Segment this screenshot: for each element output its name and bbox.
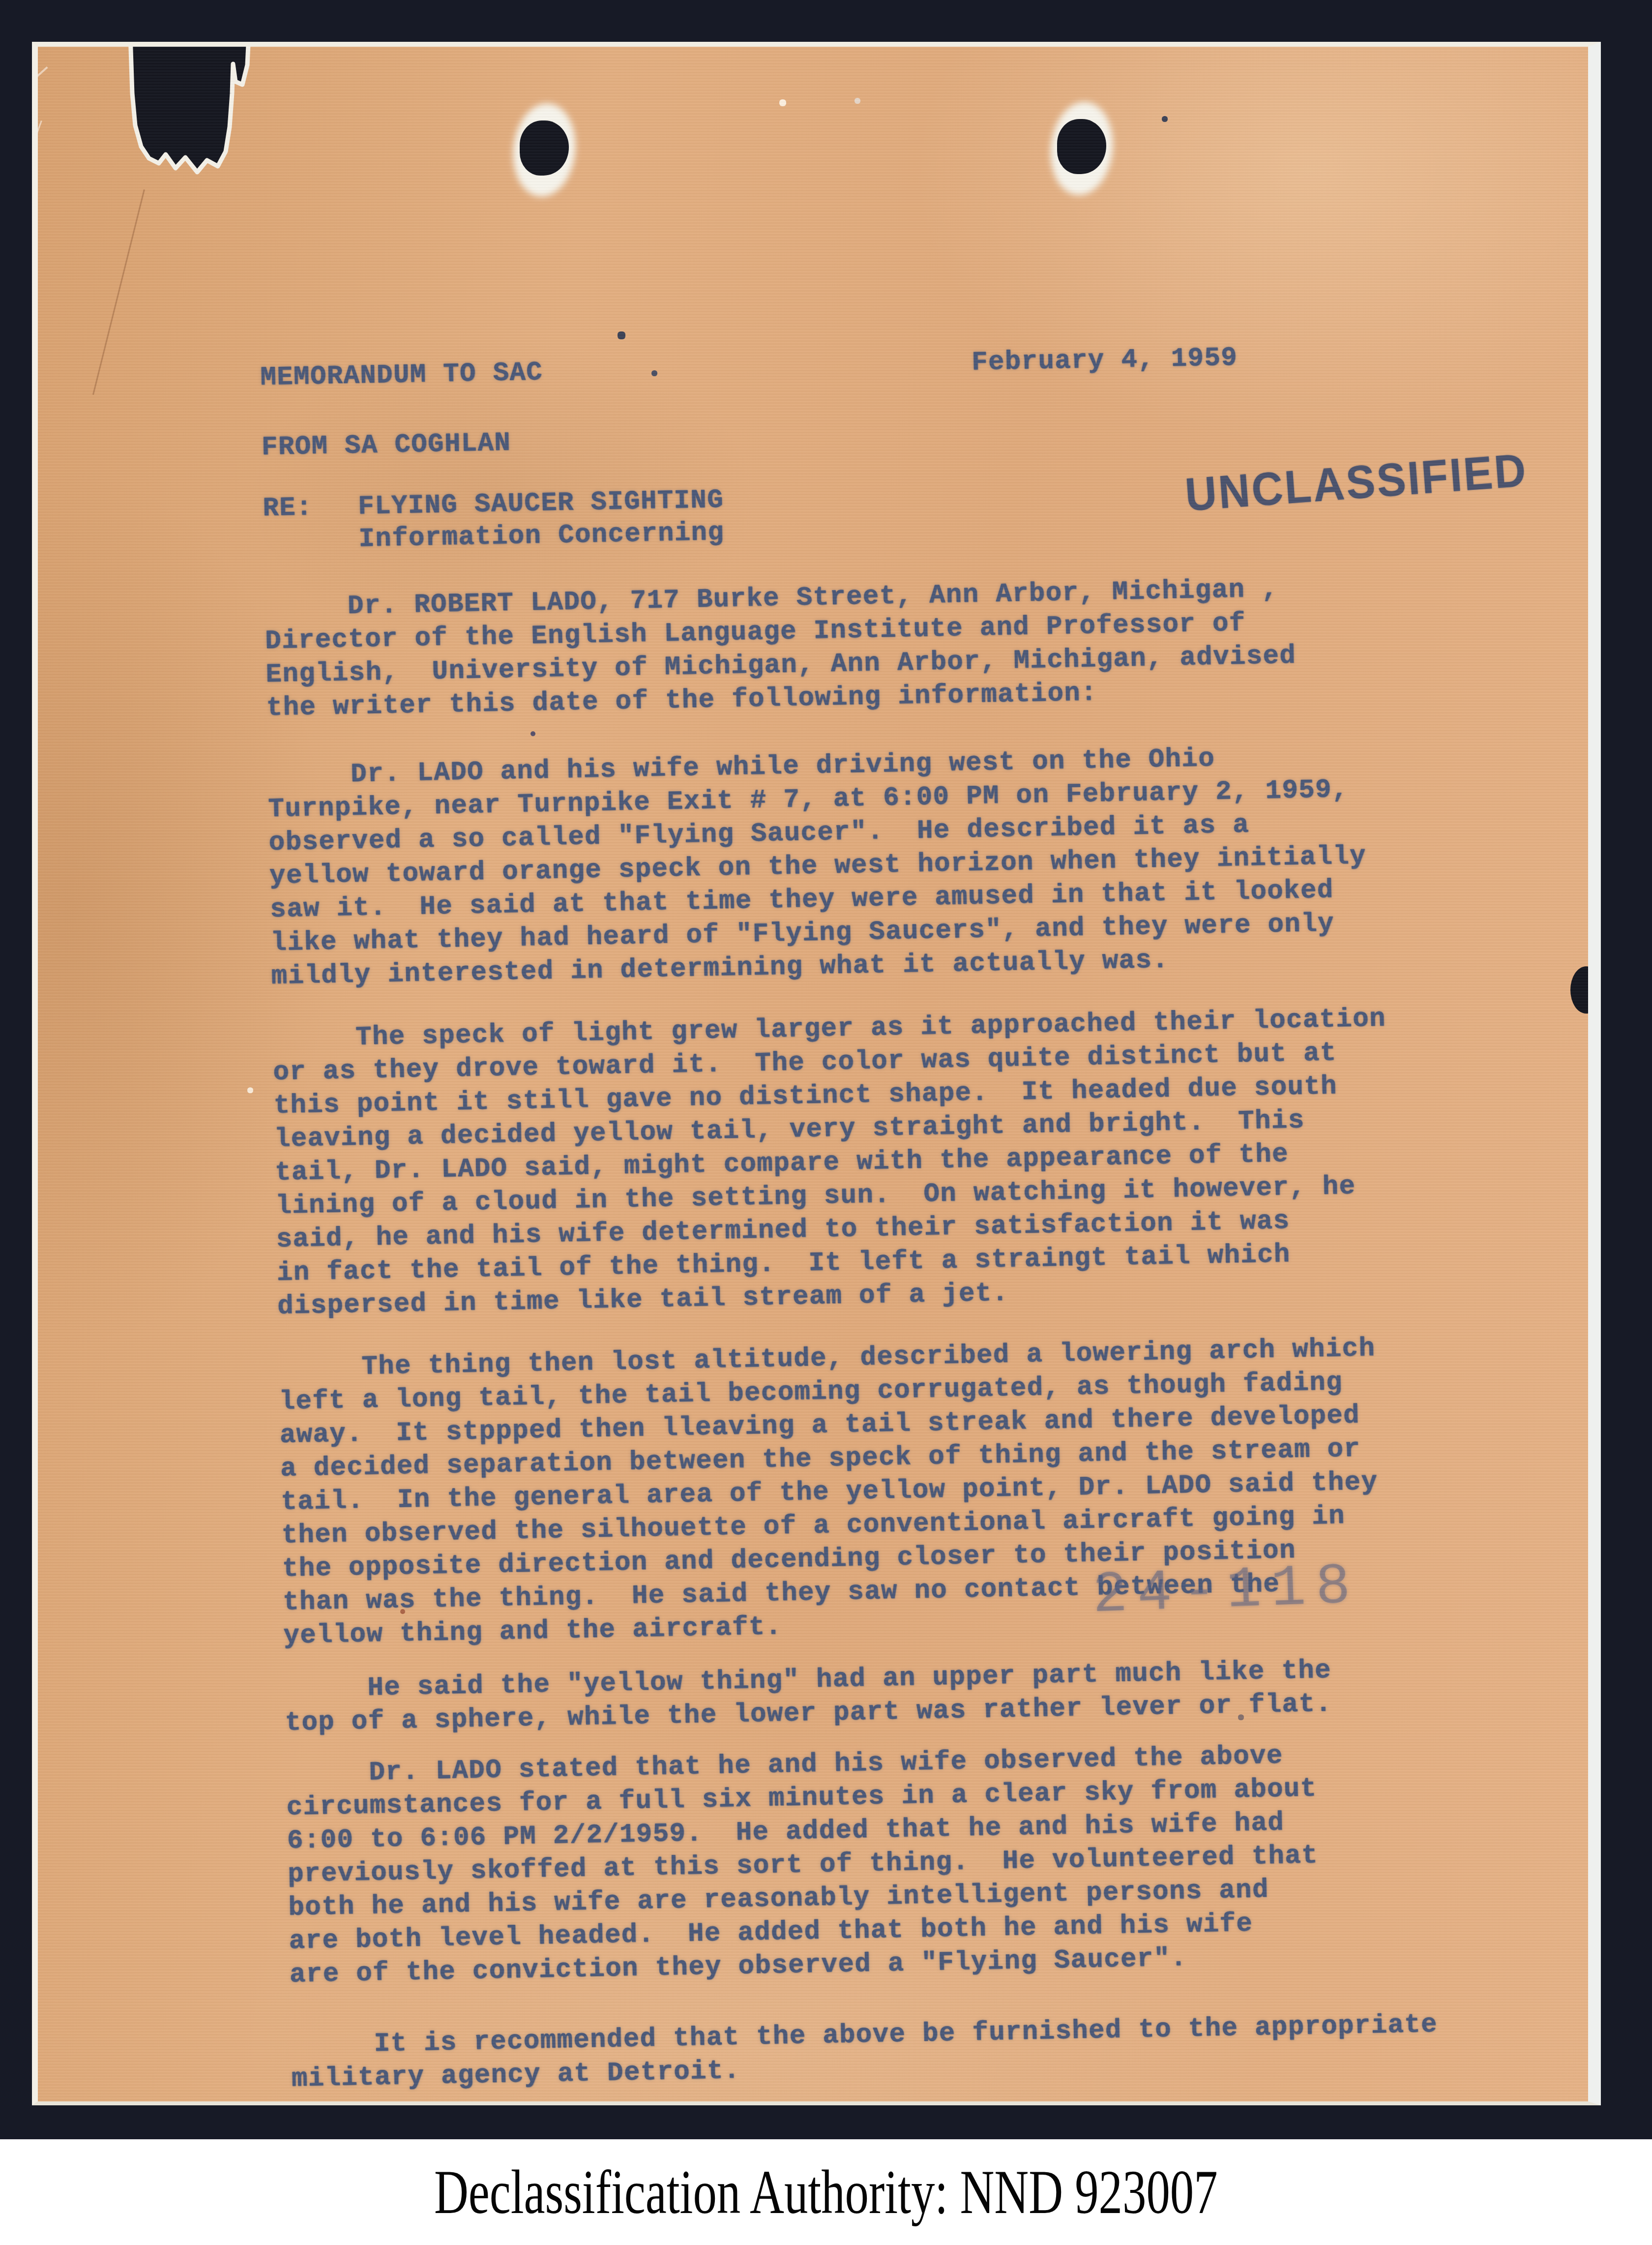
memo-paragraph-7: It is recommended that the above be furn… [291,2008,1439,2096]
memo-from-line: FROM SA COGHLAN [262,427,511,465]
declassification-band: Declassification Authority: NND 923007 [0,2139,1652,2245]
memo-re-subject-line2: Information Concerning [358,516,725,557]
declassification-text: Declassification Authority: NND 923007 [434,2156,1218,2228]
memo-re-label: RE: [263,491,313,526]
memo-paragraph-5: He said the "yellow thing" had an upper … [284,1654,1332,1740]
file-number-stamp: 24-118 [1091,1558,1361,1625]
memo-date: February 4, 1959 [972,342,1238,380]
scan-background: UNCLASSIFIED MEMORANDUM TO SAC February … [0,0,1652,2139]
memo-paragraph-2: Dr. LADO and his wife while driving west… [267,740,1369,994]
document-page: UNCLASSIFIED MEMORANDUM TO SAC February … [32,42,1601,2105]
memo-to-line: MEMORANDUM TO SAC [260,356,543,395]
memo-paragraph-1: Dr. ROBERT LADO, 717 Burke Street, Ann A… [264,573,1297,725]
dust-specks [38,47,40,49]
memo-paragraph-6: Dr. LADO stated that he and his wife obs… [286,1739,1320,1992]
memo-paragraph-3: The speck of light grew larger as it app… [272,1002,1391,1323]
typed-content: MEMORANDUM TO SAC February 4, 1959 FROM … [32,42,1601,2105]
